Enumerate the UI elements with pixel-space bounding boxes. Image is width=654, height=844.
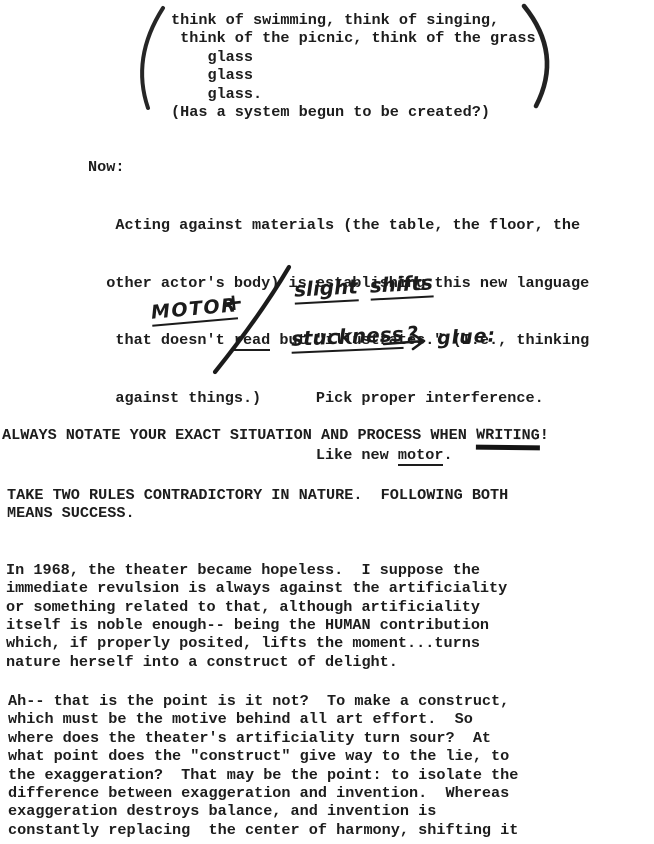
always-notate-line: ALWAYS NOTATE YOUR EXACT SITUATION AND P… bbox=[2, 426, 549, 450]
underlined-word-read: read bbox=[234, 331, 270, 351]
now-line-acting: Acting against materials (the table, the… bbox=[88, 216, 589, 235]
always-notate-post: ! bbox=[540, 426, 549, 444]
take-two-rules-block: TAKE TWO RULES CONTRADICTORY IN NATURE. … bbox=[7, 486, 508, 522]
left-paren-stroke bbox=[142, 8, 163, 108]
scanned-typewriter-page: think of swimming, think of singing, thi… bbox=[0, 0, 654, 844]
handwritten-word-stuckness: stuckness bbox=[291, 322, 405, 354]
underlined-word-writing: WRITING bbox=[476, 426, 540, 451]
handwritten-question-mark: ? bbox=[406, 321, 419, 345]
handwritten-stuckness: stuckness? bbox=[291, 321, 419, 351]
paragraph-ah-construct: Ah-- that is the point is it not? To mak… bbox=[8, 692, 518, 839]
now-label: Now: bbox=[88, 158, 589, 177]
parenthetical-think-block: think of swimming, think of singing, thi… bbox=[171, 11, 536, 121]
handwritten-plus-sign: + bbox=[223, 289, 245, 317]
handwritten-word-slight: slight bbox=[293, 274, 358, 304]
always-notate-pre: ALWAYS NOTATE YOUR EXACT SITUATION AND P… bbox=[2, 426, 476, 444]
now-line-read-pre: that doesn't bbox=[88, 331, 234, 349]
now-line-interference: against things.) Pick proper interferenc… bbox=[88, 389, 589, 408]
handwritten-word-shifts: shifts bbox=[369, 270, 433, 300]
handwritten-glue: glue: bbox=[436, 324, 496, 349]
paragraph-1968: In 1968, the theater became hopeless. I … bbox=[6, 561, 507, 671]
